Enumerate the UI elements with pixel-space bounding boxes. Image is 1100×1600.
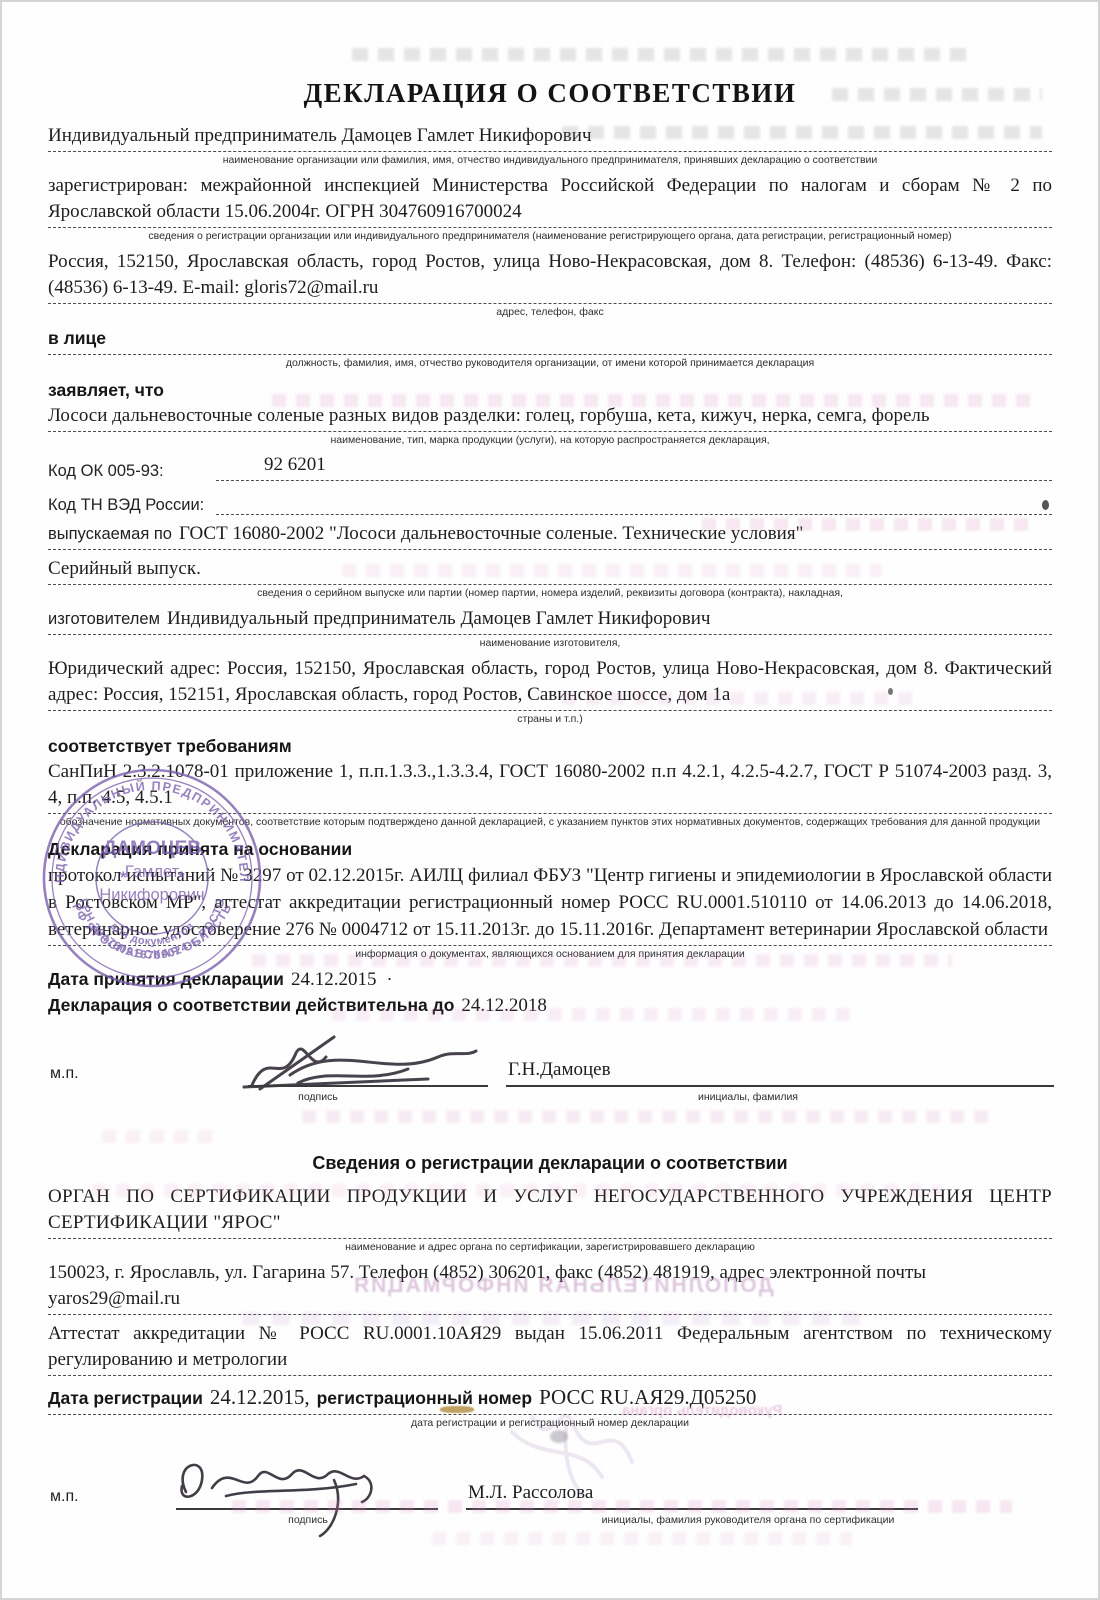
cert-org-caption: наименование и адрес органа по сертифика… — [48, 1241, 1052, 1254]
scan-ghost-bar — [242, 1312, 862, 1325]
declarant-signature-scribble — [238, 1027, 498, 1099]
scan-ghost-bar — [832, 88, 1042, 101]
bleedthrough-header-text: ДОПОЛНИТЕЛЬНАЯ ИНФОРМАЦИЯ — [352, 1274, 774, 1298]
scan-ghost-bar — [562, 692, 922, 705]
declarant-name-caption: наименование организации или фамилия, им… — [48, 154, 1052, 167]
scan-ghost-bar — [342, 564, 882, 577]
scan-speck — [888, 688, 893, 695]
declarant-initials: Г.Н.Дамоцев — [508, 1059, 611, 1081]
manufacturer-prefix: изготовителем — [48, 610, 160, 628]
initials-line-1 — [506, 1085, 1054, 1087]
adoption-date-value: 24.12.2015 — [291, 969, 377, 990]
signature-caption-1: подпись — [258, 1091, 378, 1103]
scan-ghost-bar — [432, 1532, 852, 1545]
registration-date-label: Дата регистрации — [48, 1388, 203, 1408]
initials-caption-2: инициалы, фамилия руководителя органа по… — [538, 1514, 958, 1526]
stray-dot-mark: · — [386, 969, 392, 989]
bleedthrough-signature-ghost — [482, 1382, 662, 1502]
attestation-line: Аттестат аккредитации № РОСС RU.0001.10А… — [48, 1321, 1052, 1376]
in-person-line: в лице — [48, 325, 1052, 355]
declarant-address-line: Россия, 152150, Ярославская область, гор… — [48, 249, 1052, 304]
signature-line-1 — [248, 1085, 488, 1087]
adoption-date-row: Дата принятия декларации24.12.2015· — [48, 969, 1052, 991]
scan-ghost-bar — [272, 394, 1032, 407]
scan-ghost-bar — [702, 518, 1032, 531]
scan-ghost-bar — [302, 1110, 992, 1123]
scan-ghost-bar — [332, 1008, 852, 1021]
compliance-heading: соответствует требованиям — [48, 736, 292, 756]
scan-ghost-bar — [92, 1184, 942, 1197]
declarant-registration-caption: сведения о регистрации организации или и… — [48, 230, 1052, 243]
standards-line: СанПиН 2.3.2.1078-01 приложение 1, п.п.1… — [48, 759, 1052, 814]
scan-ghost-bar — [562, 126, 1042, 139]
basis-heading-row: Декларация принята на основании — [48, 839, 1052, 860]
manufacturer-line: изготовителемИндивидуальный предпринимат… — [48, 606, 1052, 635]
product-description-caption: наименование, тип, марка продукции (услу… — [48, 434, 1052, 447]
signature-caption-2: подпись — [238, 1514, 378, 1526]
code-tn-value — [216, 488, 1052, 515]
manufacturer-caption: наименование изготовителя, — [48, 637, 1052, 650]
manufacturer-value: Индивидуальный предприниматель Дамоцев Г… — [167, 608, 711, 629]
code-ok-label: Код ОК 005-93: — [48, 462, 216, 481]
code-tn-row: Код ТН ВЭД России: — [48, 488, 1052, 515]
basis-line: протокол испытаний № 3297 от 02.12.2015г… — [48, 862, 1052, 946]
declares-label: заявляет, что — [48, 380, 164, 400]
product-description-line: Лососи дальневосточные соленые разных ви… — [48, 403, 1052, 432]
basis-heading: Декларация принята на основании — [48, 839, 352, 859]
compliance-heading-row: соответствует требованиям — [48, 736, 1052, 757]
standards-caption: обозначение нормативных документов, соот… — [48, 816, 1052, 829]
serial-caption: сведения о серийном выпуске или партии (… — [48, 587, 1052, 600]
scan-ghost-bar — [352, 48, 972, 61]
scan-ghost-bar — [102, 1130, 222, 1143]
code-ok-row: Код ОК 005-93: 92 6201 — [48, 454, 1052, 481]
in-person-caption: должность, фамилия, имя, отчество руково… — [48, 357, 1052, 370]
registration-section-heading: Сведения о регистрации декларации о соот… — [48, 1153, 1052, 1174]
gost-prefix: выпускаемая по — [48, 525, 172, 543]
mp-label-1: м.п. — [50, 1065, 79, 1083]
registrar-signature-scribble — [156, 1444, 436, 1544]
adoption-date-label: Дата принятия декларации — [48, 969, 284, 989]
in-person-label: в лице — [48, 328, 106, 348]
scan-speck — [550, 1430, 568, 1443]
scan-speck — [1042, 500, 1049, 510]
code-ok-value: 92 6201 — [216, 454, 1052, 481]
registration-date-value: 24.12.2015, — [210, 1385, 310, 1409]
scan-speck — [440, 1406, 474, 1413]
initials-caption-1: инициалы, фамилия — [638, 1091, 858, 1103]
scan-ghost-bar — [252, 954, 952, 967]
code-tn-label: Код ТН ВЭД России: — [48, 496, 216, 515]
legal-address-caption: страны и т.п.) — [48, 713, 1052, 726]
mp-label-2: м.п. — [50, 1488, 79, 1506]
declaration-document: ДЕКЛАРАЦИЯ О СООТВЕТСТВИИ Индивидуальный… — [0, 0, 1100, 1600]
declarant-address-caption: адрес, телефон, факс — [48, 306, 1052, 319]
declarant-registration-line: зарегистрирован: межрайонной инспекцией … — [48, 173, 1052, 228]
